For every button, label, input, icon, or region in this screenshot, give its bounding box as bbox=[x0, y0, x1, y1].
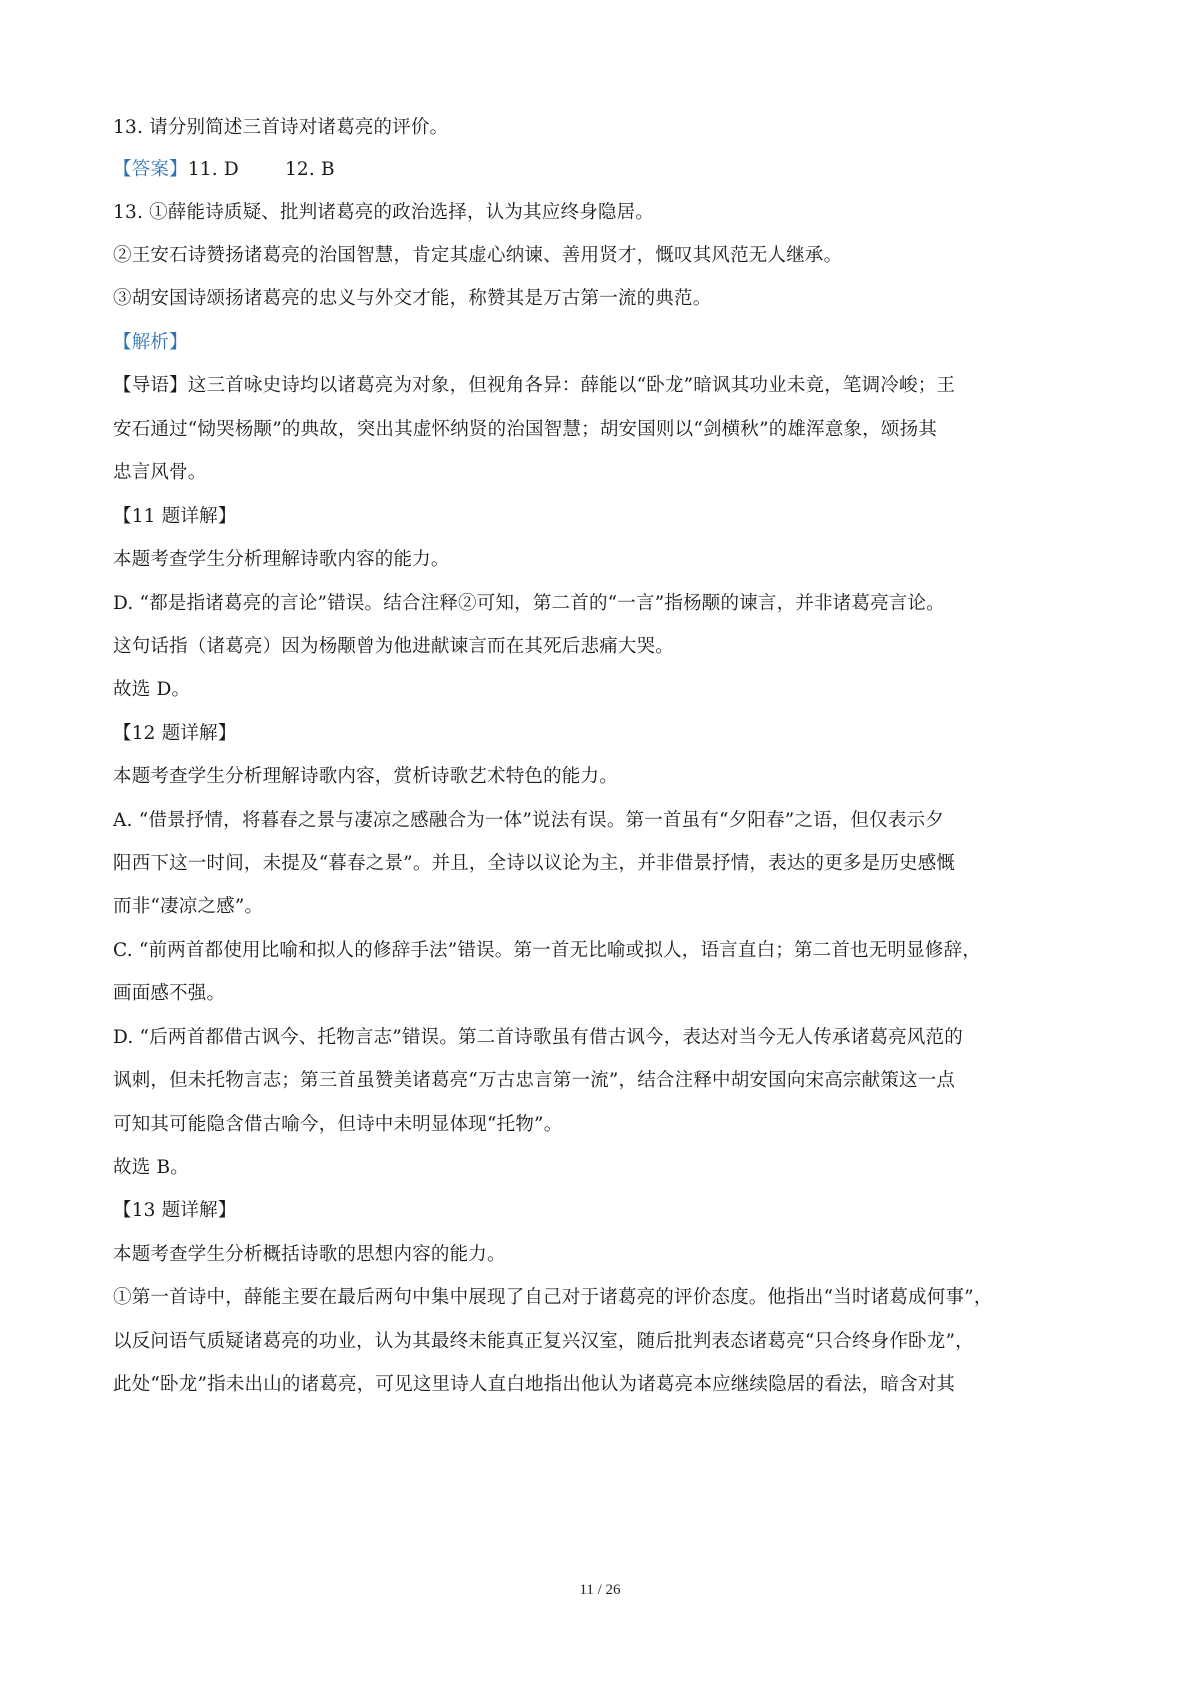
q12-line-6: 画面感不强。 bbox=[113, 982, 225, 1006]
q13-line-1: 本题考查学生分析概括诗歌的思想内容的能力。 bbox=[113, 1243, 506, 1267]
question-13: 13. 请分别简述三首诗对诸葛亮的评价。 bbox=[113, 116, 448, 140]
q12-line-4: 而非“凄凉之感”。 bbox=[113, 895, 263, 919]
answer-row: 【答案】11. D12. B bbox=[113, 158, 335, 182]
q11-line-3: 这句话指（诸葛亮）因为杨颙曾为他进献谏言而在其死后悲痛大哭。 bbox=[113, 635, 674, 659]
answer-13-line-2: ②王安石诗赞扬诸葛亮的治国智慧，肯定其虚心纳谏、善用贤才，慨叹其风范无人继承。 bbox=[113, 244, 842, 268]
intro-line-2: 安石通过“恸哭杨颙”的典故，突出其虚怀纳贤的治国智慧；胡安国则以“剑横秋”的雄浑… bbox=[113, 418, 937, 442]
intro-line-1: 【导语】这三首咏史诗均以诸葛亮为对象，但视角各异：薛能以“卧龙”暗讽其功业未竟，… bbox=[113, 374, 955, 398]
q13-heading: 【13 题详解】 bbox=[113, 1199, 237, 1223]
q13-line-3: 以反问语气质疑诸葛亮的功业，认为其最终未能真正复兴汉室，随后批判表态诸葛亮“只合… bbox=[113, 1330, 974, 1354]
answer-13-line-3: ③胡安国诗颂扬诸葛亮的忠义与外交才能，称赞其是万古第一流的典范。 bbox=[113, 287, 711, 311]
answer-13-line-1: 13. ①薛能诗质疑、批判诸葛亮的政治选择，认为其应终身隐居。 bbox=[113, 201, 654, 225]
q13-line-4: 此处“卧龙”指未出山的诸葛亮，可见这里诗人直白地指出他认为诸葛亮本应继续隐居的看… bbox=[113, 1373, 955, 1397]
q12-line-5: C. “前两首都使用比喻和拟人的修辞手法”错误。第一首无比喻或拟人，语言直白；第… bbox=[113, 939, 981, 963]
q11-line-1: 本题考查学生分析理解诗歌内容的能力。 bbox=[113, 548, 450, 572]
q12-line-1: 本题考查学生分析理解诗歌内容，赏析诗歌艺术特色的能力。 bbox=[113, 765, 618, 789]
q12-line-3: 阳西下这一时间，未提及“暮春之景”。并且，全诗以议论为主，并非借景抒情，表达的更… bbox=[113, 852, 955, 876]
q12-heading: 【12 题详解】 bbox=[113, 722, 237, 746]
q12-line-9: 可知其可能隐含借古喻今，但诗中未明显体现“托物”。 bbox=[113, 1113, 562, 1137]
answer-12: 12. B bbox=[285, 159, 335, 180]
q12-line-7: D. “后两首都借古讽今、托物言志”错误。第二首诗歌虽有借古讽今，表达对当今无人… bbox=[113, 1026, 963, 1050]
q11-line-2: D. “都是指诸葛亮的言论”错误。结合注释②可知，第二首的“一言”指杨颙的谏言，… bbox=[113, 592, 945, 616]
question-number: 13. bbox=[113, 117, 143, 138]
q12-line-10: 故选 B。 bbox=[113, 1156, 189, 1180]
q11-heading: 【11 题详解】 bbox=[113, 505, 237, 529]
intro-line-3: 忠言风骨。 bbox=[113, 461, 207, 485]
question-text: 请分别简述三首诗对诸葛亮的评价。 bbox=[149, 117, 448, 138]
answer-label: 【答案】 bbox=[113, 159, 188, 180]
page-number: 11 / 26 bbox=[0, 1582, 1200, 1599]
q12-line-2: A. “借景抒情，将暮春之景与凄凉之感融合为一体”说法有误。第一首虽有“夕阳春”… bbox=[113, 809, 944, 833]
q13-line-2: ①第一首诗中，薛能主要在最后两句中集中展现了自己对于诸葛亮的评价态度。他指出“当… bbox=[113, 1286, 993, 1310]
q11-line-4: 故选 D。 bbox=[113, 678, 190, 702]
q12-line-8: 讽刺，但未托物言志；第三首虽赞美诸葛亮“万古忠言第一流”，结合注释中胡安国向宋高… bbox=[113, 1069, 955, 1093]
answer-11: 11. D bbox=[188, 159, 239, 180]
analysis-label: 【解析】 bbox=[113, 331, 188, 355]
